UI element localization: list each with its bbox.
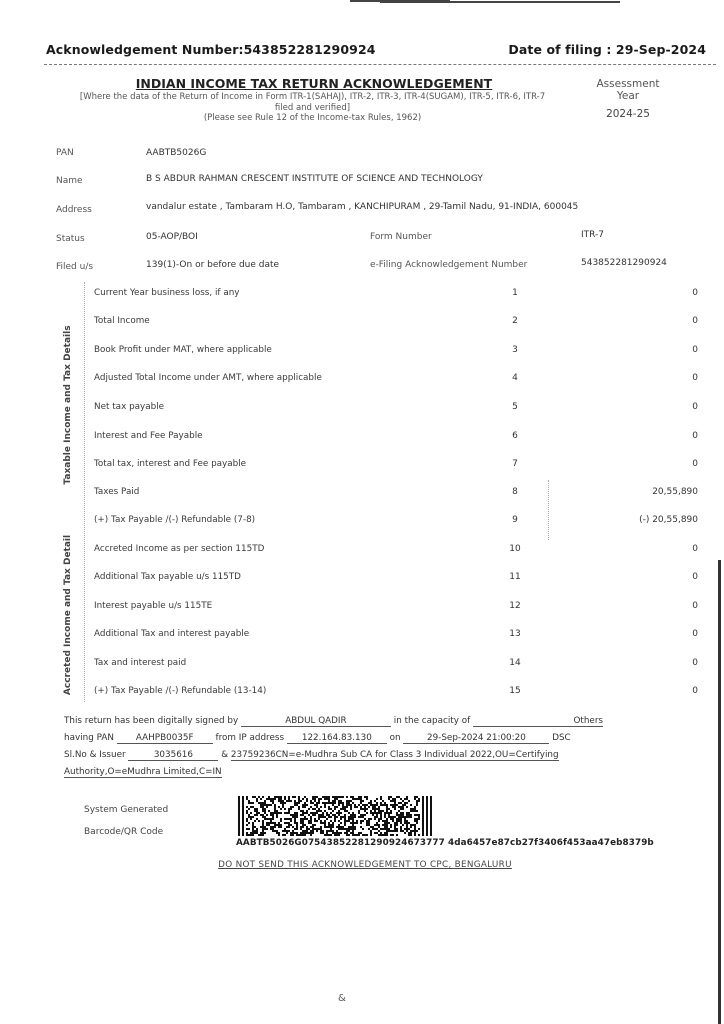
row-label: Interest payable u/s 115TE: [94, 601, 212, 611]
signature-line-1: This return has been digitally signed by…: [64, 716, 603, 727]
document-title: INDIAN INCOME TAX RETURN ACKNOWLEDGEMENT: [130, 76, 498, 91]
filed-us-label: Filed u/s: [56, 262, 93, 272]
section-accreted-income: Accreted Income and Tax Detail: [63, 495, 73, 735]
row-value: 0: [558, 373, 698, 383]
name-value: B S ABDUR RAHMAN CRESCENT INSTITUTE OF S…: [146, 174, 483, 184]
row-label: Total tax, interest and Fee payable: [94, 459, 246, 469]
sig-text: Sl.No & Issuer: [64, 750, 126, 760]
row-number: 5: [500, 402, 530, 412]
sig-text: &: [221, 750, 228, 760]
filed-us-value: 139(1)-On or before due date: [146, 260, 279, 270]
footer-notice: DO NOT SEND THIS ACKNOWLEDGEMENT TO CPC,…: [200, 860, 530, 870]
row-label: Taxes Paid: [94, 487, 139, 497]
barcode-image: [238, 796, 434, 836]
row-value: 0: [558, 601, 698, 611]
sig-text: from IP address: [216, 733, 285, 743]
row-label: Accreted Income as per section 115TD: [94, 544, 264, 554]
row-value: 0: [558, 402, 698, 412]
row-number: 14: [500, 658, 530, 668]
row-label: Tax and interest paid: [94, 658, 186, 668]
row-number: 2: [500, 316, 530, 326]
ip-address: 122.164.83.130: [287, 733, 387, 744]
scan-edge-mark: [380, 1, 620, 3]
efiling-ack-label: e-Filing Acknowledgement Number: [370, 260, 527, 270]
form-number-label: Form Number: [370, 232, 432, 242]
signer-capacity: Others: [473, 716, 603, 727]
row-number: 10: [500, 544, 530, 554]
table-left-guide: [84, 282, 85, 702]
row-label: Interest and Fee Payable: [94, 431, 203, 441]
assessment-year-label: Assessment Year: [580, 78, 676, 102]
signature-line-3: Sl.No & Issuer 3035616 & 23759236CN=e-Mu…: [64, 750, 559, 761]
name-label: Name: [56, 176, 83, 186]
date-value: 29-Sep-2024: [616, 42, 706, 57]
row-number: 3: [500, 345, 530, 355]
row-label: (+) Tax Payable /(-) Refundable (13-14): [94, 686, 266, 696]
row-number: 7: [500, 459, 530, 469]
document-subtitle: [Where the data of the Return of Income …: [60, 92, 565, 124]
page-mark: &: [338, 993, 346, 1004]
row-value: 0: [558, 572, 698, 582]
address-value: vandalur estate , Tambaram H.O, Tambaram…: [146, 202, 578, 212]
row-number: 4: [500, 373, 530, 383]
row-number: 1: [500, 288, 530, 298]
ay-label-1: Assessment: [580, 78, 676, 90]
sig-text: having PAN: [64, 733, 114, 743]
pan-label: PAN: [56, 148, 74, 158]
row-value: 20,55,890: [558, 487, 698, 497]
row-value: 0: [558, 431, 698, 441]
row-label: Current Year business loss, if any: [94, 288, 240, 298]
status-value: 05-AOP/BOI: [146, 232, 198, 242]
acknowledgement-number: Acknowledgement Number:543852281290924: [46, 42, 376, 57]
date-label: Date of filing :: [508, 42, 616, 57]
signature-line-4: Authority,O=eMudhra Limited,C=IN: [64, 767, 222, 778]
header-divider: [44, 64, 716, 65]
row-label: Total Income: [94, 316, 150, 326]
sig-text: DSC: [552, 733, 571, 743]
date-of-filing: Date of filing : 29-Sep-2024: [508, 42, 706, 57]
scan-edge: [718, 560, 721, 1024]
row-value: 0: [558, 658, 698, 668]
row-number: 6: [500, 431, 530, 441]
row-value: 0: [558, 345, 698, 355]
ack-number-value: 543852281290924: [244, 42, 376, 57]
form-number-value: ITR-7: [581, 230, 604, 240]
row-number: 15: [500, 686, 530, 696]
value-column-guide: [548, 480, 549, 540]
row-value: 0: [558, 316, 698, 326]
row-number: 13: [500, 629, 530, 639]
assessment-year-value: 2024-25: [580, 108, 676, 120]
barcode-label-1: System Generated: [84, 805, 168, 815]
row-value: 0: [558, 544, 698, 554]
address-label: Address: [56, 205, 92, 215]
row-label: Net tax payable: [94, 402, 164, 412]
row-number: 9: [500, 515, 530, 525]
row-value: 0: [558, 459, 698, 469]
signature-line-2: having PAN AAHPB0035F from IP address 12…: [64, 733, 571, 744]
subtitle-line-1: [Where the data of the Return of Income …: [60, 92, 565, 103]
barcode-label-2: Barcode/QR Code: [84, 827, 163, 837]
signer-pan: AAHPB0035F: [117, 733, 213, 744]
subtitle-line-3: (Please see Rule 12 of the Income-tax Ru…: [60, 113, 565, 124]
row-label: Additional Tax and interest payable: [94, 629, 249, 639]
row-label: (+) Tax Payable /(-) Refundable (7-8): [94, 515, 255, 525]
row-label: Book Profit under MAT, where applicable: [94, 345, 272, 355]
row-value: (-) 20,55,890: [558, 515, 698, 525]
efiling-ack-value: 543852281290924: [581, 258, 667, 268]
dsc-issuer-cont: Authority,O=eMudhra Limited,C=IN: [64, 767, 222, 778]
row-label: Adjusted Total Income under AMT, where a…: [94, 373, 322, 383]
row-number: 11: [500, 572, 530, 582]
subtitle-line-2: filed and verified]: [60, 103, 565, 114]
pan-value: AABTB5026G: [146, 148, 206, 158]
row-label: Additional Tax payable u/s 115TD: [94, 572, 241, 582]
sig-text: This return has been digitally signed by: [64, 716, 238, 726]
ay-label-2: Year: [580, 90, 676, 102]
dsc-serial: 3035616: [128, 750, 218, 761]
row-value: 0: [558, 288, 698, 298]
row-number: 12: [500, 601, 530, 611]
barcode-hash: AABTB5026G07543852281290924673777 4da645…: [236, 838, 654, 848]
ack-number-label: Acknowledgement Number:: [46, 42, 244, 57]
dsc-issuer: 23759236CN=e-Mudhra Sub CA for Class 3 I…: [231, 750, 559, 761]
status-label: Status: [56, 234, 85, 244]
section-taxable-income: Taxable Income and Tax Details: [63, 285, 73, 525]
row-value: 0: [558, 629, 698, 639]
sig-text: on: [390, 733, 401, 743]
row-number: 8: [500, 487, 530, 497]
sig-text: in the capacity of: [394, 716, 470, 726]
row-value: 0: [558, 686, 698, 696]
signer-name: ABDUL QADIR: [241, 716, 391, 727]
signed-datetime: 29-Sep-2024 21:00:20: [403, 733, 549, 744]
